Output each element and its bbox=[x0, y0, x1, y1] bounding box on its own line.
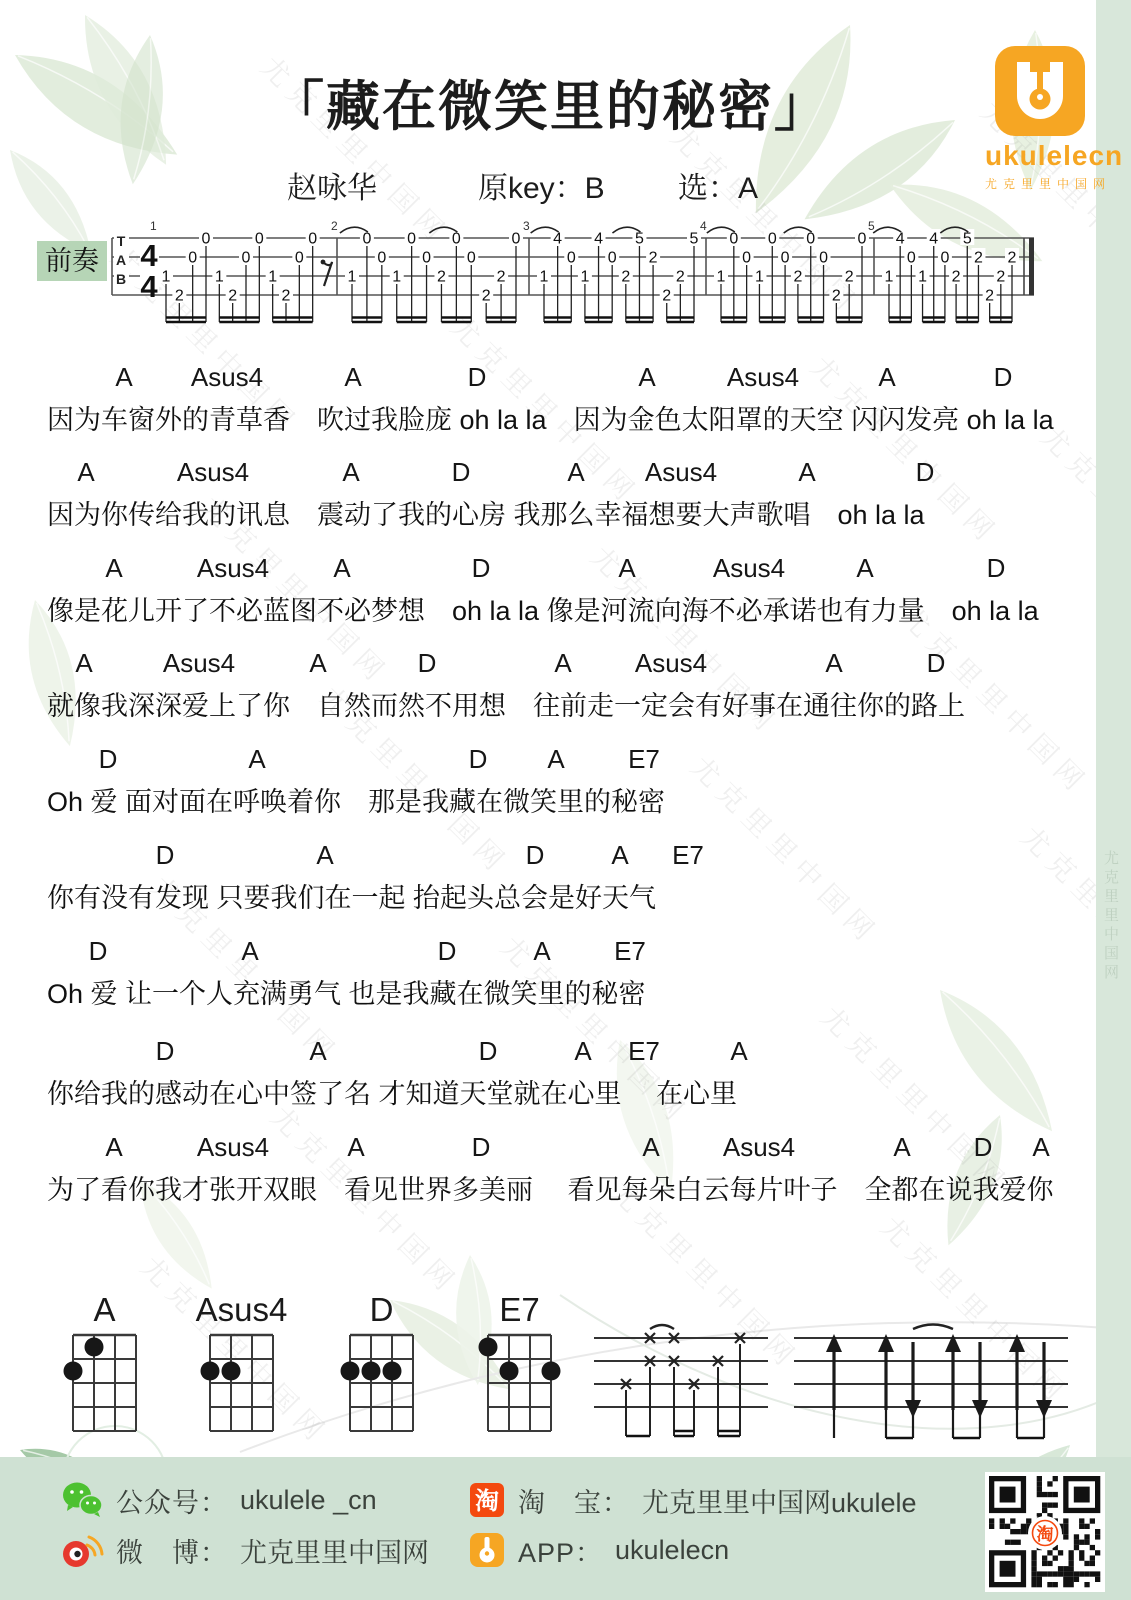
chord-label: A bbox=[554, 648, 571, 679]
svg-text:1: 1 bbox=[755, 269, 764, 286]
chord-label: D bbox=[526, 840, 545, 871]
chord-label: D bbox=[418, 648, 437, 679]
chord-label: A bbox=[611, 840, 628, 871]
footer-taobao: 淘 淘 宝： 尤克里里中国网ukulele bbox=[468, 1478, 917, 1522]
logo-text: ukulelecn bbox=[985, 140, 1095, 172]
svg-text:1: 1 bbox=[162, 269, 171, 286]
footer-weibo: 微 博： 尤克里里中国网 bbox=[60, 1528, 429, 1572]
svg-text:1: 1 bbox=[268, 269, 277, 286]
chord-label: E7 bbox=[614, 936, 646, 967]
chord-label: Asus4 bbox=[197, 1132, 269, 1163]
lyric-text: 你给我的感动在心中签了名 才知道天堂就在心里 在心里 bbox=[47, 1072, 737, 1111]
svg-text:4: 4 bbox=[896, 231, 905, 248]
svg-text:0: 0 bbox=[308, 231, 317, 248]
svg-text:0: 0 bbox=[608, 250, 617, 267]
svg-text:1: 1 bbox=[885, 269, 894, 286]
chord-label: A bbox=[309, 648, 326, 679]
svg-text:0: 0 bbox=[362, 231, 371, 248]
chord-label: A bbox=[309, 1036, 326, 1067]
svg-text:淘: 淘 bbox=[475, 1487, 499, 1515]
chord-label: D bbox=[438, 936, 457, 967]
intro-section-label: 前奏 bbox=[37, 241, 107, 281]
chord-label: Asus4 bbox=[723, 1132, 795, 1163]
svg-text:1: 1 bbox=[580, 269, 589, 286]
song-line-8: DADAE7A你给我的感动在心中签了名 才知道天堂就在心里 在心里 bbox=[0, 1036, 1100, 1128]
svg-text:0: 0 bbox=[467, 250, 476, 267]
lyric-text: 就像我深深爱上了你 自然而然不用想 往前走一定会有好事在通往你的路上 bbox=[47, 684, 965, 723]
chord-label: A bbox=[105, 553, 122, 584]
chord-label: A bbox=[825, 648, 842, 679]
chord-label: D bbox=[479, 1036, 498, 1067]
footer-taobao-value: 尤克里里中国网ukulele bbox=[642, 1481, 917, 1520]
svg-text:0: 0 bbox=[452, 231, 461, 248]
svg-text:1: 1 bbox=[717, 269, 726, 286]
svg-text:2: 2 bbox=[793, 269, 802, 286]
svg-text:5: 5 bbox=[635, 231, 644, 248]
svg-text:2: 2 bbox=[228, 288, 237, 305]
chord-label: A bbox=[241, 936, 258, 967]
svg-text:2: 2 bbox=[676, 269, 685, 286]
chord-diagram-A: A bbox=[64, 1291, 137, 1431]
svg-text:0: 0 bbox=[255, 231, 264, 248]
svg-text:1: 1 bbox=[540, 269, 549, 286]
chord-label: D bbox=[987, 553, 1006, 584]
chord-label: A bbox=[248, 744, 265, 775]
chord-label: Asus4 bbox=[727, 362, 799, 393]
svg-text:2: 2 bbox=[1008, 250, 1017, 267]
svg-text:5: 5 bbox=[963, 231, 972, 248]
chord-label: A bbox=[533, 936, 550, 967]
lyric-text: 像是花儿开了不必蓝图不必梦想 oh la la 像是河流向海不必承诺也有力量 o… bbox=[47, 589, 1039, 628]
lyric-text: 因为车窗外的青草香 吹过我脸庞 oh la la 因为金色太阳罩的天空 闪闪发亮… bbox=[47, 398, 1054, 437]
svg-text:0: 0 bbox=[422, 250, 431, 267]
chord-label: A bbox=[638, 362, 655, 393]
chord-label: A bbox=[893, 1132, 910, 1163]
svg-text:T: T bbox=[117, 233, 126, 249]
chord-label: D bbox=[927, 648, 946, 679]
svg-text:0: 0 bbox=[202, 231, 211, 248]
footer-wechat-value: ukulele _cn bbox=[240, 1485, 377, 1516]
svg-text:B: B bbox=[116, 271, 126, 287]
svg-text:1: 1 bbox=[392, 269, 401, 286]
chord-label: A bbox=[333, 553, 350, 584]
chord-label: Asus4 bbox=[163, 648, 235, 679]
chord-label: A bbox=[618, 553, 635, 584]
chord-label: D bbox=[916, 457, 935, 488]
chord-label: Asus4 bbox=[177, 457, 249, 488]
watermark-vertical: 尤克里里中国网 bbox=[1100, 850, 1121, 983]
chord-label: D bbox=[452, 457, 471, 488]
svg-text:D: D bbox=[370, 1291, 394, 1328]
song-line-9: AAsus4ADAAsus4ADA为了看你我才张开双眼 看见世界多美丽 看见每朵… bbox=[0, 1132, 1100, 1224]
chord-label: A bbox=[115, 362, 132, 393]
chord-label: Asus4 bbox=[713, 553, 785, 584]
chord-label: E7 bbox=[672, 840, 704, 871]
svg-text:5: 5 bbox=[690, 231, 699, 248]
svg-text:4: 4 bbox=[594, 231, 603, 248]
chord-label: Asus4 bbox=[645, 457, 717, 488]
chord-diagram-D: D bbox=[341, 1291, 414, 1431]
svg-text:2: 2 bbox=[437, 269, 446, 286]
svg-text:4: 4 bbox=[553, 231, 562, 248]
lyric-text: Oh 爱 面对面在呼唤着你 那是我藏在微笑里的秘密 bbox=[47, 780, 665, 819]
chord-label: Asus4 bbox=[191, 362, 263, 393]
svg-text:E7: E7 bbox=[499, 1291, 539, 1328]
svg-text:2: 2 bbox=[952, 269, 961, 286]
chord-diagram-Asus4: Asus4 bbox=[196, 1291, 288, 1431]
chord-diagram-E7: E7 bbox=[479, 1291, 561, 1431]
chord-label: D bbox=[472, 553, 491, 584]
app-icon bbox=[468, 1531, 506, 1569]
song-line-3: AAsus4ADAAsus4AD像是花儿开了不必蓝图不必梦想 oh la la … bbox=[0, 553, 1100, 645]
svg-text:A: A bbox=[93, 1291, 115, 1328]
chord-label: D bbox=[468, 362, 487, 393]
footer-weibo-value: 尤克里里中国网 bbox=[240, 1531, 429, 1570]
lyric-text: Oh 爱 让一个人充满勇气 也是我藏在微笑里的秘密 bbox=[47, 972, 646, 1011]
footer-app: APP： ukulelecn bbox=[468, 1528, 729, 1572]
song-line-1: AAsus4ADAAsus4AD因为车窗外的青草香 吹过我脸庞 oh la la… bbox=[0, 362, 1100, 454]
svg-text:0: 0 bbox=[858, 231, 867, 248]
svg-text:0: 0 bbox=[768, 231, 777, 248]
footer-taobao-label: 淘 宝： bbox=[518, 1481, 630, 1520]
chord-label: A bbox=[342, 457, 359, 488]
svg-text:2: 2 bbox=[482, 288, 491, 305]
song-line-2: AAsus4ADAAsus4AD因为你传给我的讯息 震动了我的心房 我那么幸福想… bbox=[0, 457, 1100, 549]
wechat-icon bbox=[60, 1480, 104, 1520]
svg-text:1: 1 bbox=[918, 269, 927, 286]
svg-text:2: 2 bbox=[996, 269, 1005, 286]
chord-label: A bbox=[344, 362, 361, 393]
footer-wechat: 公众号： ukulele _cn bbox=[60, 1478, 377, 1522]
svg-text:0: 0 bbox=[567, 250, 576, 267]
chord-label: Asus4 bbox=[635, 648, 707, 679]
song-line-5: DADAE7Oh 爱 面对面在呼唤着你 那是我藏在微笑里的秘密 bbox=[0, 744, 1100, 836]
svg-text:0: 0 bbox=[729, 231, 738, 248]
svg-text:Asus4: Asus4 bbox=[196, 1291, 288, 1328]
chord-label: A bbox=[105, 1132, 122, 1163]
svg-text:0: 0 bbox=[377, 250, 386, 267]
chord-label: A bbox=[730, 1036, 747, 1067]
svg-text:0: 0 bbox=[940, 250, 949, 267]
chord-sheet-page: 尤克里里中国网尤克里里中国网尤克里里中国网尤克里里中国网尤克里里中国网尤克里里中… bbox=[0, 0, 1131, 1600]
svg-text:淘: 淘 bbox=[1037, 1524, 1054, 1544]
svg-text:2: 2 bbox=[282, 288, 291, 305]
logo-subtext: 尤克里里中国网 bbox=[985, 175, 1095, 192]
strumming-patterns bbox=[588, 1320, 1083, 1452]
chord-label: A bbox=[642, 1132, 659, 1163]
svg-text:0: 0 bbox=[242, 250, 251, 267]
chord-label: D bbox=[156, 840, 175, 871]
page-title: 「藏在微笑里的秘密」 bbox=[0, 64, 1100, 141]
svg-text:1: 1 bbox=[215, 269, 224, 286]
svg-text:2: 2 bbox=[649, 250, 658, 267]
svg-text:1: 1 bbox=[150, 220, 157, 233]
original-key: 原key：B bbox=[478, 163, 605, 207]
footer-app-value: ukulelecn bbox=[615, 1535, 729, 1566]
svg-text:3: 3 bbox=[523, 220, 530, 233]
song-line-4: AAsus4ADAAsus4AD就像我深深爱上了你 自然而然不用想 往前走一定会… bbox=[0, 648, 1100, 740]
song-line-7: DADAE7Oh 爱 让一个人充满勇气 也是我藏在微笑里的秘密 bbox=[0, 936, 1100, 1028]
svg-text:4: 4 bbox=[929, 231, 938, 248]
chord-label: D bbox=[89, 936, 108, 967]
chord-label: A bbox=[77, 457, 94, 488]
chord-label: A bbox=[574, 1036, 591, 1067]
svg-text:2: 2 bbox=[621, 269, 630, 286]
svg-text:5: 5 bbox=[868, 220, 875, 233]
svg-text:2: 2 bbox=[175, 288, 184, 305]
svg-text:A: A bbox=[116, 252, 126, 268]
svg-text:2: 2 bbox=[845, 269, 854, 286]
svg-text:2: 2 bbox=[974, 250, 983, 267]
svg-text:0: 0 bbox=[781, 250, 790, 267]
chord-label: D bbox=[99, 744, 118, 775]
weibo-icon bbox=[60, 1530, 104, 1570]
chord-label: A bbox=[316, 840, 333, 871]
artist-name: 赵咏华 bbox=[287, 163, 377, 207]
chord-label: D bbox=[156, 1036, 175, 1067]
chord-label: A bbox=[798, 457, 815, 488]
svg-text:4: 4 bbox=[700, 220, 707, 233]
svg-text:0: 0 bbox=[742, 250, 751, 267]
chord-label: D bbox=[994, 362, 1013, 393]
chord-label: A bbox=[567, 457, 584, 488]
svg-text:2: 2 bbox=[497, 269, 506, 286]
song-line-6: DADAE7你有没有发现 只要我们在一起 抬起头总会是好天气 bbox=[0, 840, 1100, 932]
chord-label: A bbox=[1032, 1132, 1049, 1163]
svg-text:0: 0 bbox=[407, 231, 416, 248]
svg-text:0: 0 bbox=[188, 250, 197, 267]
chord-label: D bbox=[469, 744, 488, 775]
selected-key: 选：A bbox=[678, 163, 758, 207]
svg-text:0: 0 bbox=[512, 231, 521, 248]
svg-text:4: 4 bbox=[140, 269, 158, 304]
footer-wechat-label: 公众号： bbox=[116, 1481, 228, 1520]
svg-text:2: 2 bbox=[331, 220, 338, 233]
right-edge-band bbox=[1096, 0, 1131, 1457]
svg-text:2: 2 bbox=[985, 288, 994, 305]
lyric-text: 因为你传给我的讯息 震动了我的心房 我那么幸福想要大声歌唱 oh la la bbox=[47, 493, 925, 532]
lyric-text: 为了看你我才张开双眼 看见世界多美丽 看见每朵白云每片叶子 全都在说我爱你 bbox=[47, 1168, 1054, 1207]
intro-tablature: TAB4411200120012002100100200220314014025… bbox=[104, 220, 1054, 338]
chord-label: A bbox=[75, 648, 92, 679]
svg-text:0: 0 bbox=[819, 250, 828, 267]
svg-text:0: 0 bbox=[806, 231, 815, 248]
footer-app-label: APP： bbox=[518, 1531, 603, 1570]
footer-weibo-label: 微 博： bbox=[116, 1531, 228, 1570]
chord-label: A bbox=[547, 744, 564, 775]
svg-text:2: 2 bbox=[832, 288, 841, 305]
chord-label: A bbox=[856, 553, 873, 584]
svg-text:0: 0 bbox=[907, 250, 916, 267]
chord-label: E7 bbox=[628, 1036, 660, 1067]
chord-label: A bbox=[347, 1132, 364, 1163]
chord-label: E7 bbox=[628, 744, 660, 775]
chord-diagrams: AAsus4DE7 bbox=[40, 1283, 600, 1453]
chord-label: D bbox=[974, 1132, 993, 1163]
svg-text:2: 2 bbox=[662, 288, 671, 305]
lyric-text: 你有没有发现 只要我们在一起 抬起头总会是好天气 bbox=[47, 876, 656, 915]
qr-code: 淘 bbox=[985, 1472, 1105, 1592]
chord-label: Asus4 bbox=[197, 553, 269, 584]
svg-text:1: 1 bbox=[348, 269, 357, 286]
svg-text:0: 0 bbox=[295, 250, 304, 267]
svg-text:4: 4 bbox=[140, 238, 158, 273]
chord-label: A bbox=[878, 362, 895, 393]
chord-label: D bbox=[472, 1132, 491, 1163]
taobao-icon: 淘 bbox=[468, 1481, 506, 1519]
